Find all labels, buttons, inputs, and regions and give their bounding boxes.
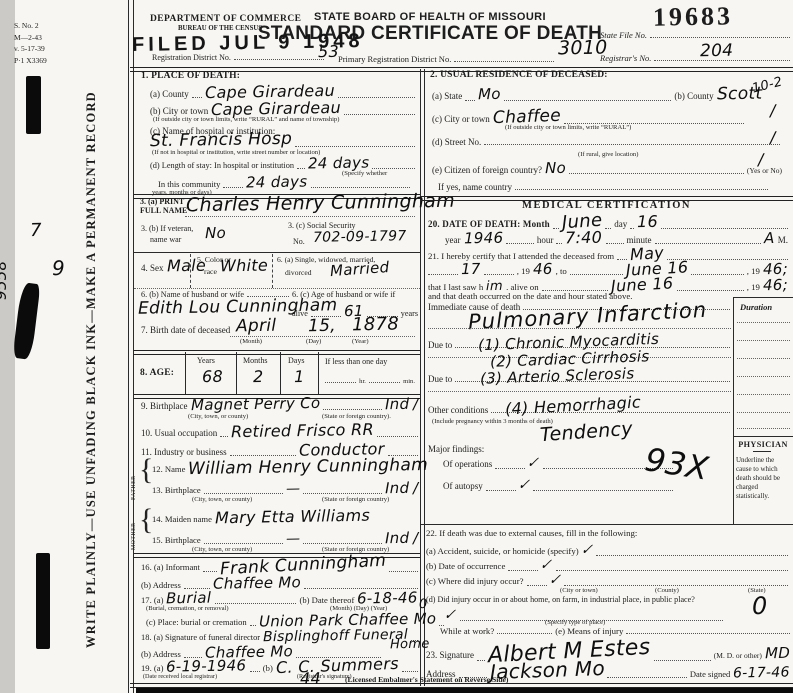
- mother-birthplace-state: Ind: [385, 531, 410, 546]
- cell-divider: [272, 254, 273, 288]
- ink-blot: [26, 76, 41, 134]
- sex-label: 4. Sex: [141, 263, 164, 273]
- physician-address-value: Jackson Mo: [489, 658, 605, 682]
- physician-note: Underline the cause to which death shoul…: [736, 456, 791, 501]
- md-value: MD: [765, 646, 790, 661]
- birthdate-label: 7. Birth date of deceased: [141, 325, 230, 335]
- dots: [428, 328, 731, 329]
- column-divider: [420, 69, 421, 686]
- burial-place-label: (c) Place: burial or cremation: [146, 617, 247, 627]
- community-label: In this community: [158, 179, 220, 189]
- occupation-field: 10. Usual occupationRetired Frisco RR: [141, 423, 418, 439]
- year-note: (Year): [352, 338, 369, 345]
- dots: [204, 543, 283, 544]
- dots: [192, 97, 202, 98]
- death-certificate-scan: S. No. 2 M—2-43 v. 5-17-39 P·1 X3369 7 9…: [0, 0, 793, 693]
- attended-line1: 21. I hereby certify that I attended the…: [428, 246, 788, 262]
- bureau-line: BUREAU OF THE CENSUS: [178, 25, 262, 32]
- veteran-label: 3. (b) If veteran,: [141, 224, 193, 233]
- dots: [626, 633, 790, 634]
- bottom-bar: [136, 688, 793, 693]
- rule: [421, 524, 793, 525]
- birthplace-value: Magnet Perry Co: [190, 396, 320, 413]
- attended-text: 21. I hereby certify that I attended the…: [428, 251, 614, 261]
- duration-line: [737, 322, 790, 323]
- dots: [465, 100, 475, 101]
- dots: [234, 59, 324, 60]
- birthdate-year: 1878: [352, 316, 399, 335]
- length-of-stay-label: (d) Length of stay: In hospital or insti…: [150, 161, 294, 170]
- rule: [134, 252, 420, 253]
- accident-field: (a) Accident, suicide, or homicide (spec…: [426, 542, 788, 558]
- dots: [372, 168, 415, 169]
- reg-district-label: Registration District No.: [152, 53, 231, 62]
- ssn-value: 702-09-1797: [313, 229, 407, 245]
- print-name-label2: FULL NAME: [140, 206, 187, 215]
- duration-line: [737, 358, 790, 359]
- dots: [295, 146, 415, 147]
- city-field: (b) City or townCape Girardeau: [150, 101, 415, 117]
- dots: [527, 585, 547, 586]
- burial-label: 17. (a): [141, 595, 163, 605]
- dots: [230, 455, 297, 456]
- coding-zero: 0: [419, 598, 428, 611]
- informant-field: 16. (a) InformantFrank Cunningham: [141, 557, 418, 574]
- citizen-label: (e) Citizen of foreign country?: [432, 165, 542, 175]
- duration-line: [737, 412, 790, 413]
- printed-19c: , 19: [747, 282, 760, 292]
- birthplace-note1: (City, town, or county): [188, 413, 248, 420]
- attended-from-day: 17: [461, 262, 481, 277]
- death-year-label: year: [445, 235, 461, 245]
- dots: [506, 243, 534, 244]
- death-year-value: 1946: [463, 231, 503, 247]
- mother-name-field: 14. Maiden nameMary Etta Williams: [152, 509, 418, 525]
- dots: [607, 677, 686, 678]
- check-mark: ✓: [442, 606, 460, 623]
- coding-slash: /: [770, 103, 776, 119]
- dots: [377, 436, 418, 437]
- hospital-value: St. Francis Hosp: [150, 131, 292, 150]
- dots: [369, 382, 400, 383]
- attended-from-year: 46: [533, 262, 553, 277]
- dots: [486, 490, 516, 491]
- check-mark: ✓: [525, 454, 543, 471]
- dots: [134, 288, 420, 289]
- coding-slash: /: [413, 397, 419, 412]
- dots: [402, 671, 418, 672]
- father-birthplace-note2: (State or foreign country): [322, 496, 389, 503]
- due-to-label2: Due to: [428, 374, 452, 384]
- dots: [325, 382, 356, 383]
- occupation-value: Retired Frisco RR: [231, 422, 374, 440]
- month-note: (Month): [240, 338, 262, 345]
- age-divider: [236, 352, 237, 394]
- dash-mark: —: [286, 482, 301, 496]
- yes-no-note: (Yes or No): [747, 166, 782, 175]
- birthplace-state: Ind: [385, 397, 410, 412]
- dots: [303, 493, 382, 494]
- age-months-value: 2: [253, 369, 264, 385]
- occupation-label: 10. Usual occupation: [141, 428, 217, 438]
- registrar-date-field: 19. (a)6-19-1946(b)C. C. Summers: [141, 658, 418, 674]
- other-conditions-value2: Tendency: [539, 420, 633, 445]
- dots: [203, 571, 217, 572]
- burial-date-label: (b) Date thereof: [299, 595, 354, 605]
- informant-label: 16. (a) Informant: [141, 562, 200, 572]
- ink-blot: [12, 282, 40, 360]
- death-occurred-text: and that death occurred on the date and …: [428, 291, 632, 301]
- funeral-home-value: Home: [390, 638, 430, 652]
- duration-label: Duration: [740, 302, 772, 312]
- father-birthplace-field: 13. Birthplace—Ind/: [152, 481, 418, 496]
- informant-address-value: Chaffee Mo: [213, 575, 301, 592]
- injury-where-field: (c) Where did injury occur?✓: [426, 572, 788, 588]
- residence-county-label: (b) County: [674, 91, 713, 101]
- column-divider: [424, 69, 425, 686]
- dots: [630, 228, 634, 229]
- primary-district-field: Primary Registration District No.: [338, 54, 554, 64]
- birthdate-day: 15,: [308, 318, 336, 335]
- primary-district-label: Primary Registration District No.: [338, 54, 451, 64]
- city-note: (If outside city or town limits, write “…: [153, 116, 339, 123]
- dots: [515, 189, 768, 190]
- age-divider: [318, 352, 319, 394]
- registrar-no-label: Registrar's No.: [600, 53, 651, 63]
- birthdate-month: April: [236, 318, 277, 336]
- funeral-director-label: 18. (a) Signature of funeral director: [141, 633, 260, 642]
- coding-slash: /: [758, 152, 764, 168]
- rule: [134, 350, 420, 355]
- dots: [344, 114, 415, 115]
- duration-line: [737, 376, 790, 377]
- board-title: STATE BOARD OF HEALTH OF MISSOURI: [270, 11, 590, 23]
- dots: [428, 274, 458, 275]
- form-number-block: S. No. 2 M—2-43 v. 5-17-39 P·1 X3369: [14, 20, 47, 67]
- years-suffix: years: [401, 309, 418, 318]
- at-work-label: While at work?: [440, 626, 494, 636]
- dots: [220, 436, 228, 437]
- residence-state-value: Mo: [478, 87, 501, 102]
- form-number-line: M—2-43: [14, 32, 47, 44]
- autopsy-field: Of autopsy✓: [443, 477, 673, 493]
- dots: [556, 570, 788, 571]
- county-label: (a) County: [150, 89, 189, 99]
- birthplace-note2: (State or foreign country).: [322, 413, 391, 420]
- mother-birthplace-label: 15. Birthplace: [152, 535, 201, 545]
- registrar-sign-label: (b): [263, 663, 273, 673]
- accident-label: (a) Accident, suicide, or homicide (spec…: [426, 546, 579, 556]
- pregnancy-note: (Include pregnancy within 3 months of de…: [432, 418, 553, 425]
- dots: [504, 100, 671, 101]
- injury-where-label: (c) Where did injury occur?: [426, 576, 524, 586]
- embalmer-mark: 44: [300, 671, 321, 687]
- dots: [564, 585, 788, 586]
- occurrence-date-label: (b) Date of occurrence: [426, 561, 505, 571]
- hospital-note: (If not in hospital or institution, writ…: [152, 149, 320, 156]
- coding-slash: /: [770, 130, 776, 146]
- street-label: (d) Street No.: [432, 137, 481, 147]
- dots: [428, 391, 731, 392]
- means-of-injury-label: (e) Means of injury: [555, 626, 623, 636]
- dots: [323, 409, 382, 410]
- age-days-label: Days: [288, 356, 304, 365]
- margin-handwriting: 9: [52, 258, 65, 278]
- form-border: [128, 0, 129, 693]
- community-value: 24 days: [246, 174, 308, 190]
- scan-edge: [0, 0, 15, 693]
- dots: [454, 61, 554, 62]
- burial-place-field: (c) Place: burial or cremationUnion Park…: [146, 613, 418, 628]
- less-than-day-label: If less than one day: [325, 357, 387, 366]
- printed-19: , 19: [517, 266, 530, 276]
- father-birthplace-state: Ind: [385, 481, 410, 496]
- dots: [691, 274, 744, 275]
- mother-label: MOTHER: [131, 508, 137, 550]
- dots: [655, 243, 762, 244]
- dots: [596, 555, 788, 556]
- death-hour-value: 7:40: [565, 230, 602, 247]
- dots: [303, 543, 382, 544]
- margin-handwriting: 7: [30, 222, 42, 240]
- coding-flourish: 93X: [643, 443, 711, 485]
- place-type-note: (Specify type of place): [545, 619, 605, 626]
- form-number-line: P·1 X3369: [14, 55, 47, 67]
- hr-label: hr.: [359, 378, 366, 385]
- dots: [605, 228, 611, 229]
- dots: [459, 677, 487, 678]
- date-received-label: 19. (a): [141, 663, 163, 673]
- rule: [753, 451, 771, 452]
- autopsy-label: Of autopsy: [443, 481, 483, 491]
- date-signed-label: Date signed: [690, 669, 730, 679]
- mother-name-label: 14. Maiden name: [152, 514, 212, 524]
- veteran-value: No: [205, 226, 226, 241]
- dots: [569, 173, 744, 174]
- margin-instruction: WRITE PLAINLY—USE UNFADING BLACK INK—MAK…: [84, 88, 99, 648]
- father-label: FATHER: [131, 458, 137, 500]
- mother-birthplace-field: 15. Birthplace—Ind/: [152, 531, 418, 546]
- veteran-label2: name war: [150, 235, 181, 244]
- major-findings-label: Major findings:: [428, 444, 484, 454]
- age-months-label: Months: [243, 356, 267, 365]
- burial-note: (Burial, cremation, or removal): [146, 605, 229, 612]
- coding-slash: /: [413, 481, 419, 496]
- citizen-value: No: [545, 161, 566, 176]
- coding-number: 10-2: [751, 75, 784, 95]
- md-or-other-note: (M. D. or other): [714, 651, 762, 660]
- dots: [484, 144, 780, 145]
- community-field: In this community24 days: [158, 175, 410, 190]
- dots: [677, 290, 744, 291]
- age-label: 8. AGE:: [140, 368, 174, 378]
- dots: [556, 243, 562, 244]
- date-received-note: (Date received local registrar): [143, 673, 217, 680]
- form-number-line: S. No. 2: [14, 20, 47, 32]
- reg-district-value: 53: [318, 44, 339, 60]
- operations-label: Of operations: [443, 459, 492, 469]
- date-signed-value: 6-17-46: [733, 666, 790, 681]
- father-birthplace-note1: (City, town, or county): [192, 496, 252, 503]
- medical-cert-title: MEDICAL CERTIFICATION: [420, 200, 793, 211]
- dots: [508, 570, 538, 571]
- cell-divider: [190, 254, 191, 288]
- dots: [204, 493, 283, 494]
- dots: [250, 625, 256, 626]
- min-label: min.: [403, 378, 415, 385]
- duration-line: [737, 340, 790, 341]
- age-divider: [185, 352, 186, 394]
- father-name-field: 12. NameWilliam Henry Cunningham: [152, 459, 418, 476]
- marital-value: Married: [330, 260, 390, 279]
- registrar-no-value: 204: [700, 43, 734, 61]
- dots: [230, 336, 415, 337]
- form-number-line: v. 5-17-39: [14, 43, 47, 55]
- funeral-director-field: 18. (a) Signature of funeral directorBis…: [141, 629, 418, 643]
- full-name-value: Charles Henry Cunningham: [186, 192, 455, 216]
- father-name-value: William Henry Cunningham: [188, 457, 428, 478]
- hospital-field: St. Francis Hosp: [150, 132, 415, 149]
- state-file-field: State File No.: [600, 30, 790, 40]
- alive-label: alive: [292, 309, 308, 318]
- mother-name-value: Mary Etta Williams: [215, 508, 370, 527]
- birthplace-label: 9. Birthplace: [141, 401, 188, 411]
- residence-city-label: (c) City or town: [432, 114, 490, 124]
- attended-line2: 17, 1946, toJune 16, 1946;: [428, 261, 788, 277]
- dots: [606, 243, 624, 244]
- other-conditions-label: Other conditions: [428, 405, 488, 415]
- due-to-label: Due to: [428, 340, 452, 350]
- residence-state-field: (a) StateMo(b) CountyScott: [432, 86, 762, 103]
- coding-zero-large: 0: [752, 594, 768, 618]
- dots: [553, 228, 559, 229]
- age-days-value: 1: [294, 369, 305, 385]
- age-years-value: 68: [202, 369, 223, 385]
- rule: [733, 297, 793, 298]
- marital-label2: divorced: [285, 268, 312, 277]
- dots: [484, 274, 514, 275]
- dots: [215, 603, 297, 604]
- am-pm-value: A: [764, 231, 775, 246]
- city-label: (b) City or town: [150, 106, 208, 116]
- dots: [533, 490, 673, 491]
- ink-blot: [36, 553, 50, 649]
- residence-state-label: (a) State: [432, 91, 462, 101]
- residence-city-note: (If outside city or town limits, write “…: [505, 124, 631, 131]
- length-of-stay-field: (d) Length of stay: In hospital or insti…: [150, 156, 415, 171]
- occurrence-date-field: (b) Date of occurrence✓: [426, 557, 788, 573]
- printed-19b: , 19: [747, 266, 760, 276]
- external-causes-title: 22. If death was due to external causes,…: [426, 528, 637, 538]
- date-of-death-label: 20. DATE OF DEATH: Month: [428, 219, 550, 229]
- death-day-label: day: [614, 219, 627, 229]
- check-mark: ✓: [516, 476, 534, 493]
- county-field: (a) CountyCape Girardeau: [150, 84, 415, 100]
- physician-address-field: AddressJackson MoDate signed6-17-46: [426, 660, 790, 680]
- m-label: M.: [778, 235, 788, 245]
- printed-to: , to: [556, 266, 567, 276]
- at-work-field: While at work?(e) Means of injury: [440, 626, 790, 636]
- street-field: (d) Street No.: [432, 137, 780, 147]
- birthplace-field: 9. BirthplaceMagnet Perry CoInd/: [141, 397, 418, 412]
- father-birthplace-label: 13. Birthplace: [152, 485, 201, 495]
- physician-address-label: Address: [426, 669, 456, 679]
- operations-field: Of operations✓: [443, 455, 673, 471]
- place-of-death-title: 1. PLACE OF DEATH:: [141, 71, 240, 81]
- dots: [570, 274, 623, 275]
- dots: [297, 168, 305, 169]
- dots: [650, 37, 790, 38]
- citizen-field: (e) Citizen of foreign country?No(Yes or…: [432, 161, 782, 176]
- signature-label: 23. Signature: [426, 650, 474, 660]
- registrar-no-field: Registrar's No.: [600, 53, 790, 63]
- dots: [338, 97, 415, 98]
- print-name-label: 3. (a) PRINT: [140, 197, 184, 206]
- reg-district-field: Registration District No.: [152, 53, 324, 62]
- dash-mark: —: [286, 532, 301, 546]
- dots: [311, 187, 410, 188]
- death-hour-label: hour: [537, 235, 554, 245]
- last-saw-year: 46;: [763, 278, 788, 293]
- dots: [185, 216, 415, 217]
- dots: [250, 671, 260, 672]
- rule: [733, 436, 793, 437]
- physician-title: PHYSICIAN: [733, 440, 793, 449]
- burial-field: 17. (a)Burial(b) Date thereof6-18-46: [141, 591, 418, 606]
- day-note: (Day): [306, 338, 321, 345]
- country-field: If yes, name country: [438, 182, 768, 192]
- duration-line: [737, 394, 790, 395]
- serial-number-stamp: 19683: [653, 1, 734, 32]
- dots: [223, 187, 243, 188]
- form-border: [133, 0, 134, 693]
- death-day-value: 16: [637, 214, 658, 230]
- coding-slash: /: [413, 531, 419, 546]
- duration-line: [737, 428, 790, 429]
- race-label2: race: [204, 267, 217, 276]
- country-label: If yes, name country: [438, 182, 512, 192]
- death-time-field: year1946hour7:40minuteAM.: [445, 230, 788, 246]
- dots: [497, 633, 552, 634]
- race-value: White: [220, 258, 268, 275]
- mother-birthplace-note1: (City, town, or county): [192, 546, 252, 553]
- ssn-label2: No.: [293, 237, 305, 246]
- age-divider: [280, 352, 281, 394]
- dots: [495, 468, 525, 469]
- dots: [389, 571, 418, 572]
- street-note: (If rural, give location): [578, 151, 638, 158]
- injury-county-note: (County): [655, 587, 679, 594]
- age-years-label: Years: [197, 356, 215, 365]
- father-name-label: 12. Name: [152, 464, 185, 474]
- injury-city-note: (City or town): [560, 587, 598, 594]
- industry-label: 11. Industry or business: [141, 447, 227, 457]
- residence-title: 2. USUAL RESIDENCE OF DECEASED:: [430, 70, 608, 80]
- hr-min-field: hr.min.: [325, 378, 415, 385]
- injury-place-label: (d) Did injury occur in or about home, o…: [426, 595, 695, 604]
- duration-divider: [733, 297, 734, 524]
- margin-handwriting: 9558: [0, 261, 9, 300]
